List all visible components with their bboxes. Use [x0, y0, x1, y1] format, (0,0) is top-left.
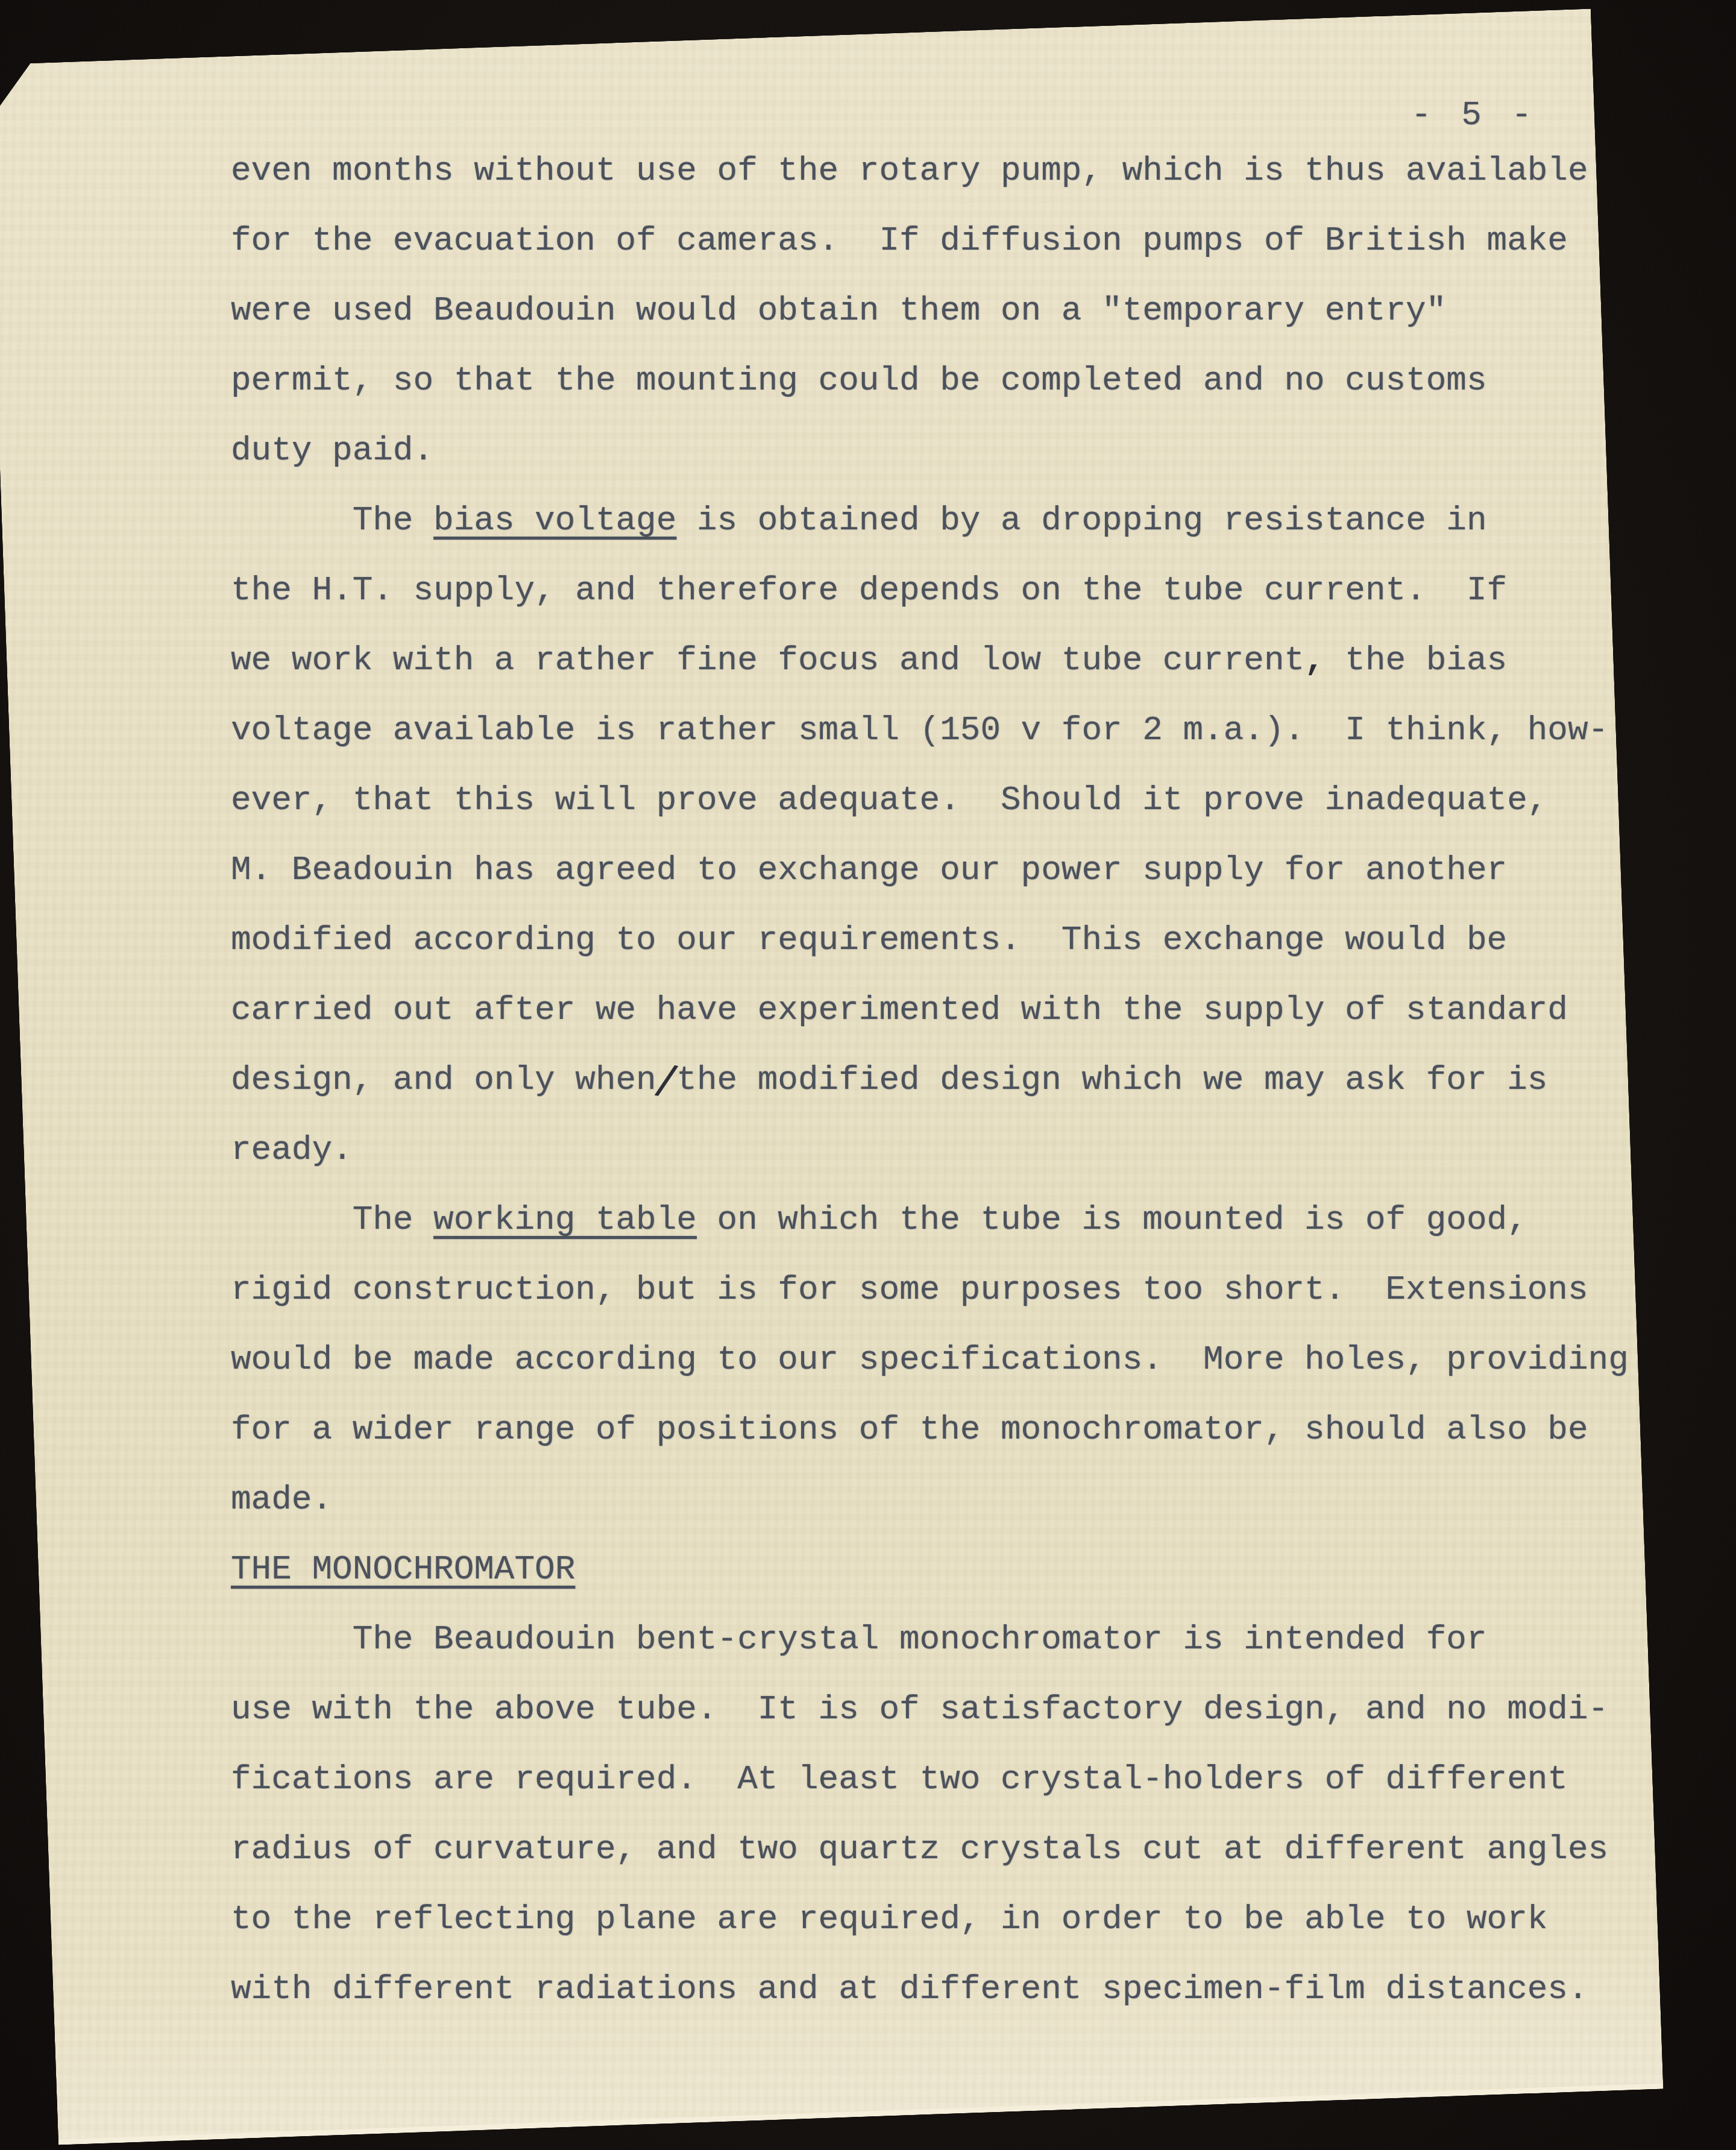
text-segment: for a wider range of positions of the mo… — [231, 1410, 1588, 1449]
text-segment: The Beaudouin bent-crystal monochromator… — [231, 1620, 1487, 1659]
text-segment: ready. — [231, 1130, 353, 1169]
pen-annotation: , — [1304, 641, 1325, 679]
underlined-text: working table — [433, 1200, 697, 1239]
document-line: radius of curvature, and two quartz crys… — [231, 1814, 1635, 1884]
document-line: modified according to our requirements. … — [231, 905, 1635, 975]
document-line: permit, so that the mounting could be co… — [231, 345, 1635, 415]
document-lines: even months without use of the rotary pu… — [231, 136, 1635, 2024]
document-line: ready. — [231, 1115, 1635, 1185]
text-segment: rigid construction, but is for some purp… — [231, 1270, 1588, 1309]
text-segment: made. — [231, 1480, 332, 1519]
document-line: made. — [231, 1464, 1635, 1534]
document-line: design, and only when/the modified desig… — [231, 1045, 1635, 1115]
text-segment: use with the above tube. It is of satisf… — [231, 1690, 1608, 1729]
text-segment: modified according to our requirements. … — [231, 921, 1507, 959]
document-line: for a wider range of positions of the mo… — [231, 1395, 1635, 1464]
text-segment: the modified design which we may ask for… — [676, 1061, 1547, 1099]
text-segment: on which the tube is mounted is of good, — [697, 1200, 1527, 1239]
text-segment: The — [231, 1200, 433, 1239]
text-segment: is obtained by a dropping resistance in — [676, 501, 1486, 540]
text-segment: the bias — [1325, 641, 1507, 679]
text-segment: would be made according to our specifica… — [231, 1340, 1629, 1379]
text-segment: with different radiations and at differe… — [231, 1970, 1588, 2008]
scanned-document-page: { "document": { "page_number": "- 5 -", … — [0, 0, 1736, 2150]
document-line: the H.T. supply, and therefore depends o… — [231, 555, 1635, 625]
typed-content: - 5 - even months without use of the rot… — [231, 136, 1635, 2024]
text-segment: M. Beadouin has agreed to exchange our p… — [231, 851, 1507, 889]
document-line: THE MONOCHROMATOR — [231, 1534, 1635, 1604]
document-line: were used Beaudouin would obtain them on… — [231, 276, 1635, 345]
document-line: voltage available is rather small (150 v… — [231, 695, 1635, 765]
document-line: we work with a rather fine focus and low… — [231, 625, 1635, 695]
text-segment: the H.T. supply, and therefore depends o… — [231, 571, 1507, 610]
page-number: - 5 - — [1411, 80, 1536, 150]
text-segment: carried out after we have experimented w… — [231, 991, 1568, 1029]
underlined-text: bias voltage — [433, 501, 676, 540]
document-line: would be made according to our specifica… — [231, 1325, 1635, 1395]
document-line: The working table on which the tube is m… — [231, 1185, 1635, 1255]
document-line: use with the above tube. It is of satisf… — [231, 1674, 1635, 1744]
underlined-text: THE MONOCHROMATOR — [231, 1550, 575, 1589]
document-line: M. Beadouin has agreed to exchange our p… — [231, 835, 1635, 905]
text-segment: for the evacuation of cameras. If diffus… — [231, 221, 1568, 260]
document-line: fications are required. At least two cry… — [231, 1744, 1635, 1814]
text-segment: radius of curvature, and two quartz crys… — [231, 1830, 1608, 1868]
document-line: duty paid. — [231, 415, 1635, 485]
document-line: for the evacuation of cameras. If diffus… — [231, 206, 1635, 276]
text-segment: permit, so that the mounting could be co… — [231, 361, 1487, 400]
text-segment: were used Beaudouin would obtain them on… — [231, 291, 1446, 330]
text-segment: duty paid. — [231, 431, 433, 470]
document-line: rigid construction, but is for some purp… — [231, 1255, 1635, 1325]
text-segment: we work with a rather fine focus and low… — [231, 641, 1304, 679]
text-segment: The — [231, 501, 433, 540]
text-segment: voltage available is rather small (150 v… — [231, 711, 1608, 749]
document-line: carried out after we have experimented w… — [231, 975, 1635, 1045]
document-line: ever, that this will prove adequate. Sho… — [231, 765, 1635, 835]
text-segment: design, and only when — [231, 1061, 656, 1099]
document-line: with different radiations and at differe… — [231, 1954, 1635, 2024]
text-segment: even months without use of the rotary pu… — [231, 151, 1588, 190]
document-line: The Beaudouin bent-crystal monochromator… — [231, 1604, 1635, 1674]
document-line: The bias voltage is obtained by a droppi… — [231, 485, 1635, 555]
document-line: to the reflecting plane are required, in… — [231, 1884, 1635, 1954]
text-segment: to the reflecting plane are required, in… — [231, 1900, 1547, 1938]
text-segment: ever, that this will prove adequate. Sho… — [231, 781, 1547, 819]
text-segment: fications are required. At least two cry… — [231, 1760, 1568, 1798]
